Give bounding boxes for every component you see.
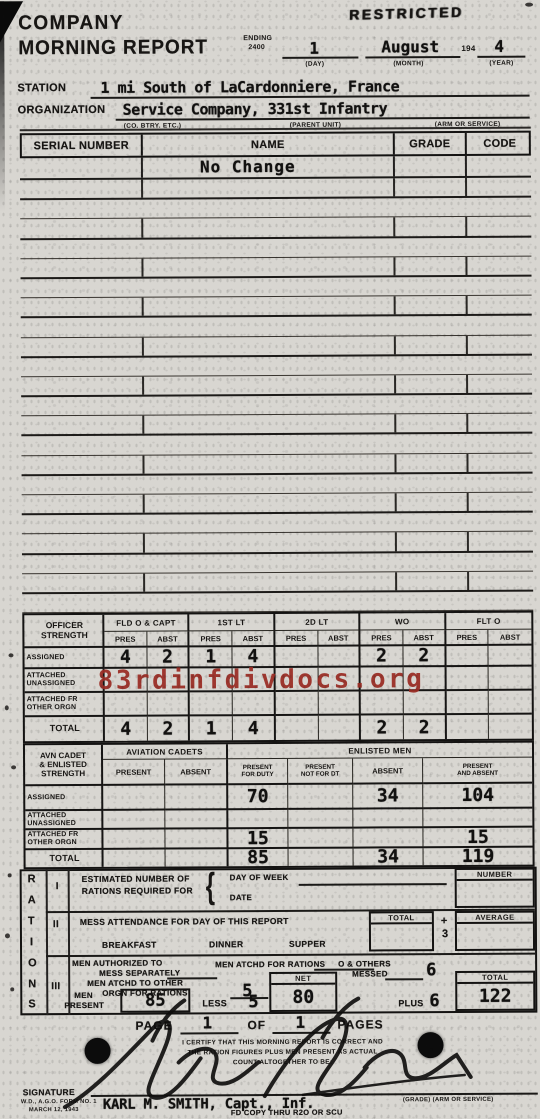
roster-empty-row [22,493,533,516]
roster-empty-row [20,198,531,220]
enlisted-cell: 85 [229,849,289,866]
rations-total-value: 122 [457,984,533,1009]
rations-letter: O [28,957,37,969]
ink-speck [8,873,12,877]
year-caption: (YEAR) [489,60,513,67]
report-day-value: 1 [309,39,319,58]
rations-letter: N [28,978,36,990]
enlisted-group-cadets: AVIATION CADETS [103,744,228,760]
watermark-text: 83rdinfdivdocs.org [98,664,425,696]
less-value: 5 [248,992,258,1012]
restricted-stamp: RESTRICTED [349,4,464,23]
enlisted-cell [103,830,165,850]
certification-line3: COUNT ALTOGETHER TO BE: [123,1057,443,1069]
pages-label: PAGES [337,1017,383,1031]
rations-letter: R [28,873,36,885]
officer-group-flto: FLT O [446,613,531,630]
enlisted-cell: 15 [423,828,532,849]
net-box-label: NET [271,974,335,985]
officer-group-1stlt: 1ST LT [190,614,275,631]
officer-row-label: TOTAL [25,717,105,741]
others-label2: MESSED [352,969,388,978]
page-underline [180,1032,238,1034]
grade-arm-caption: (GRADE) (ARM OR SERVICE) [403,1097,494,1103]
men-present-label2: PRESENT [64,1001,104,1010]
officer-sub-pres: PRES [190,631,233,647]
scanned-morning-report-page: RESTRICTED COMPANY MORNING REPORT ENDING… [0,0,540,1119]
officer-cell [446,667,489,691]
ink-speck [525,3,533,7]
ending-label-line1: ENDING [243,35,272,42]
officer-sub-pres: PRES [446,630,489,646]
rations-estimated-label1: ESTIMATED NUMBER OF [82,873,190,884]
enlisted-cell: 119 [424,848,533,866]
divide-three-glyph: 3 [442,928,448,940]
year-printed-prefix: 194 [461,44,475,53]
of-label: OF [247,1018,266,1032]
enlisted-cell [166,849,229,866]
ink-speck [8,653,13,657]
roster-empty-row [22,532,533,555]
roster-empty-row [22,571,533,594]
page-value: 1 [202,1013,212,1032]
enlisted-cell [103,811,165,830]
mess-attendance-label: MESS ATTENDANCE FOR DAY OF THIS REPORT [80,916,289,927]
roster-empty-row [21,453,532,476]
enlisted-cell [165,810,228,829]
rations-letter: I [30,936,33,948]
men-present-box: 85 [120,988,190,1012]
officer-cell: 2 [148,716,191,740]
enlisted-sub-absent2: ABSENT [353,758,423,784]
less-label: LESS [202,998,227,1008]
report-month-value: August [381,37,439,56]
form-id-line2: MARCH 12, 1943 [29,1107,79,1113]
rations-numeral-1: I [56,881,59,892]
atchd-for-rations-label: MEN ATCHD FOR RATIONS [215,960,325,970]
others-messed-value: 6 [426,960,436,980]
roster-empty-row [21,316,532,338]
atchd-other-label1: MEN ATCHD TO OTHER [87,978,183,988]
average-box: AVERAGE [455,911,535,951]
form-title-line1: COMPANY [18,12,124,36]
date-label: DATE [230,893,252,902]
officer-group-2dlt: 2D LT [275,614,360,631]
officer-cell [190,692,233,716]
ink-speck [5,705,9,710]
officer-sub-pres: PRES [104,632,147,648]
officer-cell [489,667,532,691]
officer-cell: 4 [233,716,276,740]
page-label: PAGE [135,1019,172,1033]
enlisted-cell [165,785,228,810]
rations-estimated-label2: RATIONS REQUIRED FOR [82,885,193,896]
officer-cell [489,691,532,715]
officer-group-fldo: FLD O & CAPT [104,614,189,631]
roster-empty-row [20,178,531,201]
rations-letter: A [28,894,36,906]
year-underline [477,56,525,58]
roster-header: SERIAL NUMBER NAME GRADE CODE [20,131,531,159]
signature-label: SIGNATURE [23,1087,75,1097]
enlisted-group-enlisted: ENLISTED MEN [228,743,532,760]
dinner-label: DINNER [209,939,243,949]
roster-col-grade: GRADE [395,133,467,154]
routing-stamp: FD COPY THRU R2O OR SCU [231,1108,343,1118]
roster-entry-value: No Change [200,157,296,177]
number-box: NUMBER [455,868,535,908]
roster-empty-row [21,375,532,398]
month-caption: (MONTH) [393,60,423,67]
ending-label-line2: 2400 [248,44,265,51]
enlisted-cell: 104 [423,784,532,810]
officer-cell [489,646,532,667]
hole-punch-left [85,1038,111,1064]
enlisted-sub-absent: ABSENT [165,759,228,785]
roster-empty-row [20,237,531,259]
officer-sub-abst: ABST [318,631,361,647]
officer-sub-pres: PRES [361,630,404,646]
officer-cell [361,691,404,715]
net-box-value: 80 [271,985,335,1010]
net-box: NET 80 [269,972,337,1012]
ink-speck [5,933,10,938]
enlisted-cell [289,849,354,866]
ink-speck [11,765,16,769]
supper-label: SUPPER [289,939,326,949]
roster-empty-row [21,414,532,437]
rations-total-label: TOTAL [457,973,533,984]
officer-cell [233,692,276,716]
roster-col-code: CODE [467,133,533,154]
officer-cell [318,716,361,740]
roster-divider-grade [393,156,395,176]
officer-cell [318,692,361,716]
form-title-line2: MORNING REPORT [18,36,208,60]
enlisted-sub-present-absent: PRESENT AND ABSENT [423,758,532,785]
officer-cell [489,715,532,739]
officer-cell [105,693,148,717]
officer-cell [446,691,489,715]
men-authorized-label2: MESS SEPARATELY [99,968,180,977]
others-label1: O & OTHERS [338,959,391,968]
enlisted-sub-present-not-duty: PRESENT NOT FOR DT [288,759,353,785]
officer-row-label: ATTACHED UNASSIGNED [25,669,105,693]
officer-row-label: ATTACHED FR OTHER ORGN [25,693,105,717]
form-sheet: RESTRICTED COMPANY MORNING REPORT ENDING… [0,0,540,1119]
enlisted-sub-present-duty: PRESENT FOR DUTY [228,759,288,785]
enlisted-cell [165,829,228,849]
men-authorized-label1: MEN AUTHORIZED TO [72,959,162,968]
roster-empty-row [21,335,532,358]
enlisted-cell [288,785,353,810]
others-underline [385,978,423,980]
roster-empty-row [20,217,531,240]
station-label: STATION [17,82,66,94]
roster-empty-row [21,395,532,417]
officer-row-label: ASSIGNED [24,648,104,669]
roster-empty-row [22,473,533,495]
enlisted-cell [228,810,288,829]
organization-value: Service Company, 331st Infantry [123,99,388,118]
officer-sub-pres: PRES [275,631,318,647]
hole-punch-right [417,1032,443,1058]
rations-numeral-2: II [53,919,59,930]
officer-cell: 2 [361,715,404,739]
form-id-line1: W.D., A.G.O. FORM NO. 1 [21,1099,97,1105]
day-caption: (DAY) [305,61,324,68]
officer-cell [446,715,489,739]
men-present-label1: MEN [74,991,93,1000]
organization-label: ORGANIZATION [18,104,106,116]
officer-sub-abst: ABST [403,630,446,646]
mess-total-box: TOTAL [369,911,434,951]
enlisted-sub-present: PRESENT [103,760,165,786]
enlisted-cell [288,810,353,829]
enlisted-row-label: TOTAL [26,850,104,867]
enlisted-cell [423,809,532,829]
rations-total-box: TOTAL 122 [455,971,535,1011]
certification-text: I CERTIFY THAT THIS MORNING REPORT IS CO… [123,1037,443,1069]
officer-sub-abst: ABST [232,631,275,647]
rations-numeral-3: III [51,981,60,992]
officer-stub-header: OFFICER STRENGTH [24,615,104,648]
average-box-label: AVERAGE [457,913,533,924]
roster-empty-row [20,256,531,279]
roster-empty-row [21,355,532,377]
roster-empty-row [21,434,532,456]
enlisted-cell [353,828,423,848]
enlisted-cell [103,786,165,811]
mess-total-label: TOTAL [371,913,432,924]
enlisted-row-label: ASSIGNED [25,786,103,811]
enlisted-cell: 34 [354,848,424,865]
roster-divider-serial [141,158,143,178]
enlisted-cell [104,850,166,867]
officer-sub-abst: ABST [147,631,190,647]
pages-value: 1 [295,1013,305,1032]
pages-underline [272,1032,330,1034]
enlisted-cell: 34 [353,784,423,809]
officer-cell [446,646,489,667]
enlisted-cell [288,829,353,849]
enlisted-cell [353,809,423,828]
station-value: 1 mi South of LaCardonniere, France [100,77,399,97]
report-year-value: 4 [494,37,504,56]
officer-cell [147,692,190,716]
rations-letter: T [28,915,35,927]
plus-value: 6 [429,991,439,1011]
month-underline [365,56,460,58]
day-underline [282,57,358,59]
officer-sub-abst: ABST [489,630,532,646]
roster-col-name: NAME [143,133,395,155]
day-of-week-label: DAY OF WEEK [230,873,289,882]
officer-cell: 4 [105,717,148,741]
breakfast-label: BREAKFAST [102,940,157,950]
enlisted-stub-header: AVN CADET & ENLISTED STRENGTH [25,745,103,786]
enlisted-row-label: ATTACHED FR OTHER ORGN [25,830,103,850]
officer-cell [275,692,318,716]
roster-divider-code [465,156,467,176]
brace-glyph: { [206,866,216,908]
mess-total-value [371,924,432,949]
roster-empty-row [21,277,532,299]
enlisted-cell: 70 [228,785,288,810]
enlisted-cell: 15 [228,829,288,849]
number-box-value [457,881,533,906]
officer-cell: 2 [404,715,447,739]
roster-empty-rows [20,178,533,614]
plus-label: PLUS [398,998,423,1008]
number-box-label: NUMBER [457,870,533,881]
rations-letter: S [28,998,36,1010]
roster-empty-row [22,513,533,535]
officer-cell [276,716,319,740]
men-present-value: 85 [145,991,166,1011]
roster-col-serial: SERIAL NUMBER [22,135,143,157]
enlisted-row-label: ATTACHED UNASSIGNED [25,811,103,830]
ink-speck [10,987,14,991]
average-box-value [457,924,533,949]
officer-group-wo: WO [360,613,445,630]
divide-plus-glyph: + [441,915,448,927]
roster-entry-row: No Change [20,156,531,181]
enlisted-strength-table: AVN CADET & ENLISTED STRENGTH AVIATION C… [23,741,535,870]
officer-cell: 1 [190,716,233,740]
officer-cell [404,691,447,715]
roster-empty-row [21,296,532,319]
roster-empty-row [22,552,533,574]
